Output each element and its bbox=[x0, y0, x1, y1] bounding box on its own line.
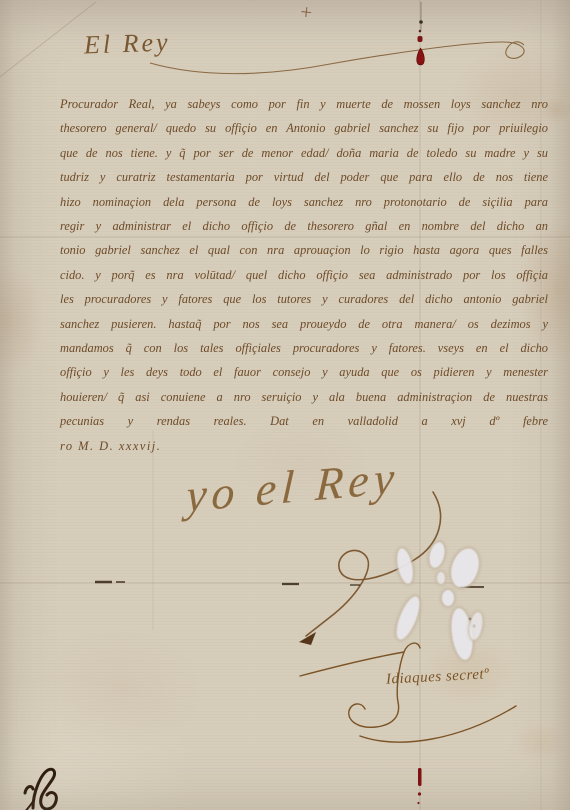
text-line: cido. y porq̃ es nra volūtad/ quel dicho… bbox=[60, 263, 548, 287]
text-line: tudriz y curatriz testamentaria por virt… bbox=[60, 165, 548, 189]
text-line: pecunias y rendas reales. Dat en vallado… bbox=[60, 409, 548, 433]
invocation-cross: + bbox=[298, 0, 315, 26]
text-line: thesorero general/ quedo su offiçio en A… bbox=[60, 116, 548, 140]
text-line: les procuradores y fatores que los tutor… bbox=[60, 287, 548, 311]
letter-body: Procurador Real, ya sabeys como por fin … bbox=[60, 92, 548, 458]
text-line: houieren/ q̃ asi conuiene a nro seruiçio… bbox=[60, 385, 548, 409]
text-line: ro M. D. xxxvij. bbox=[60, 434, 548, 458]
heading-el-rey: El Rey bbox=[84, 27, 172, 60]
text-line: sanchez pusieren. hastaq̃ por nos sea pr… bbox=[60, 312, 548, 336]
text-line: Procurador Real, ya sabeys como por fin … bbox=[60, 92, 548, 116]
text-line: tonio gabriel sanchez el qual con nra ap… bbox=[60, 238, 548, 262]
text-line: que de nos tiene. y q̃ por ser de menor … bbox=[60, 141, 548, 165]
text-line: regir y administrar el dicho offiçio de … bbox=[60, 214, 548, 238]
text-line: offiçio y les deys todo el fauor consejo… bbox=[60, 360, 548, 384]
text-line: hizo nominaçion dela persona de loys san… bbox=[60, 190, 548, 214]
manuscript-page: + El Rey Procurador Real, ya sabeys como… bbox=[0, 0, 570, 810]
text-line: mandamos q̃ con los tales offiçiales pro… bbox=[60, 336, 548, 360]
